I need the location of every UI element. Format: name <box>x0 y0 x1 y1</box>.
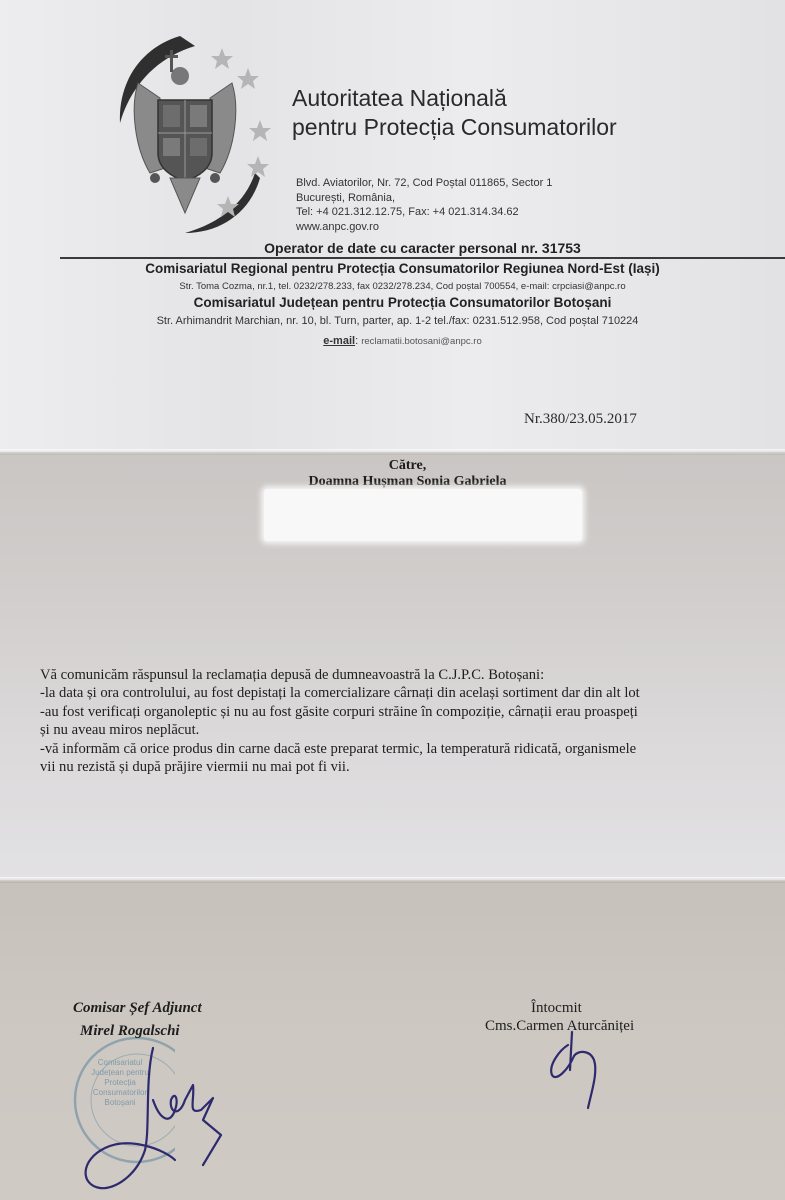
paper-fold <box>0 877 785 883</box>
county-office-email: e-mail: reclamatii.botosani@anpc.ro <box>0 335 785 347</box>
authority-title-line2: pentru Protecția Consumatorilor <box>292 113 617 142</box>
address-line: București, România, <box>296 191 552 206</box>
body-paragraph: -au fost verificați organoleptic și nu a… <box>40 703 760 721</box>
authority-address: Blvd. Aviatorilor, Nr. 72, Cod Poștal 01… <box>296 176 552 234</box>
handwritten-signature-left-icon <box>75 1040 255 1200</box>
letter-body: Vă comunicăm răspunsul la reclamația dep… <box>40 666 760 776</box>
data-operator-number: Operator de date cu caracter personal nr… <box>0 240 785 256</box>
body-paragraph: -vă informăm că orice produs din carne d… <box>40 740 760 758</box>
website-link: www.anpc.gov.ro <box>296 220 552 235</box>
prepared-by-label: Întocmit <box>531 1000 582 1017</box>
regional-office-name: Comisariatul Regional pentru Protecția C… <box>0 261 785 276</box>
address-line: Tel: +4 021.312.12.75, Fax: +4 021.314.3… <box>296 205 552 220</box>
body-paragraph: vii nu rezistă și după prăjire viermii n… <box>40 758 760 776</box>
address-line: Blvd. Aviatorilor, Nr. 72, Cod Poștal 01… <box>296 176 552 191</box>
body-paragraph: -la data și ora controlului, au fost dep… <box>40 684 760 702</box>
county-office-address: Str. Arhimandrit Marchian, nr. 10, bl. T… <box>0 315 785 327</box>
signatory-left-title: Comisar Șef Adjunct <box>73 1000 202 1017</box>
signatory-left-name: Mirel Rogalschi <box>80 1023 180 1040</box>
authority-title-line1: Autoritatea Națională <box>292 84 617 113</box>
header-divider <box>60 257 785 259</box>
handwritten-signature-right-icon <box>540 1030 620 1110</box>
recipient-label: Către, <box>0 458 785 474</box>
recipient-name: Doamna Hușman Sonia Gabriela <box>0 474 785 490</box>
registration-number: Nr.380/23.05.2017 <box>524 411 637 428</box>
paper-fold <box>0 449 785 455</box>
body-paragraph: Vă comunicăm răspunsul la reclamația dep… <box>40 666 760 684</box>
authority-title: Autoritatea Națională pentru Protecția C… <box>292 84 617 142</box>
coat-of-arms-logo-icon <box>110 28 290 238</box>
email-address: reclamatii.botosani@anpc.ro <box>361 336 482 347</box>
email-label: e-mail <box>323 335 355 347</box>
body-paragraph: și nu aveau miros neplăcut. <box>40 721 760 739</box>
regional-office-address: Str. Toma Cozma, nr.1, tel. 0232/278.233… <box>0 281 785 292</box>
redacted-address <box>264 489 582 541</box>
county-office-name: Comisariatul Județean pentru Protecția C… <box>0 295 785 310</box>
